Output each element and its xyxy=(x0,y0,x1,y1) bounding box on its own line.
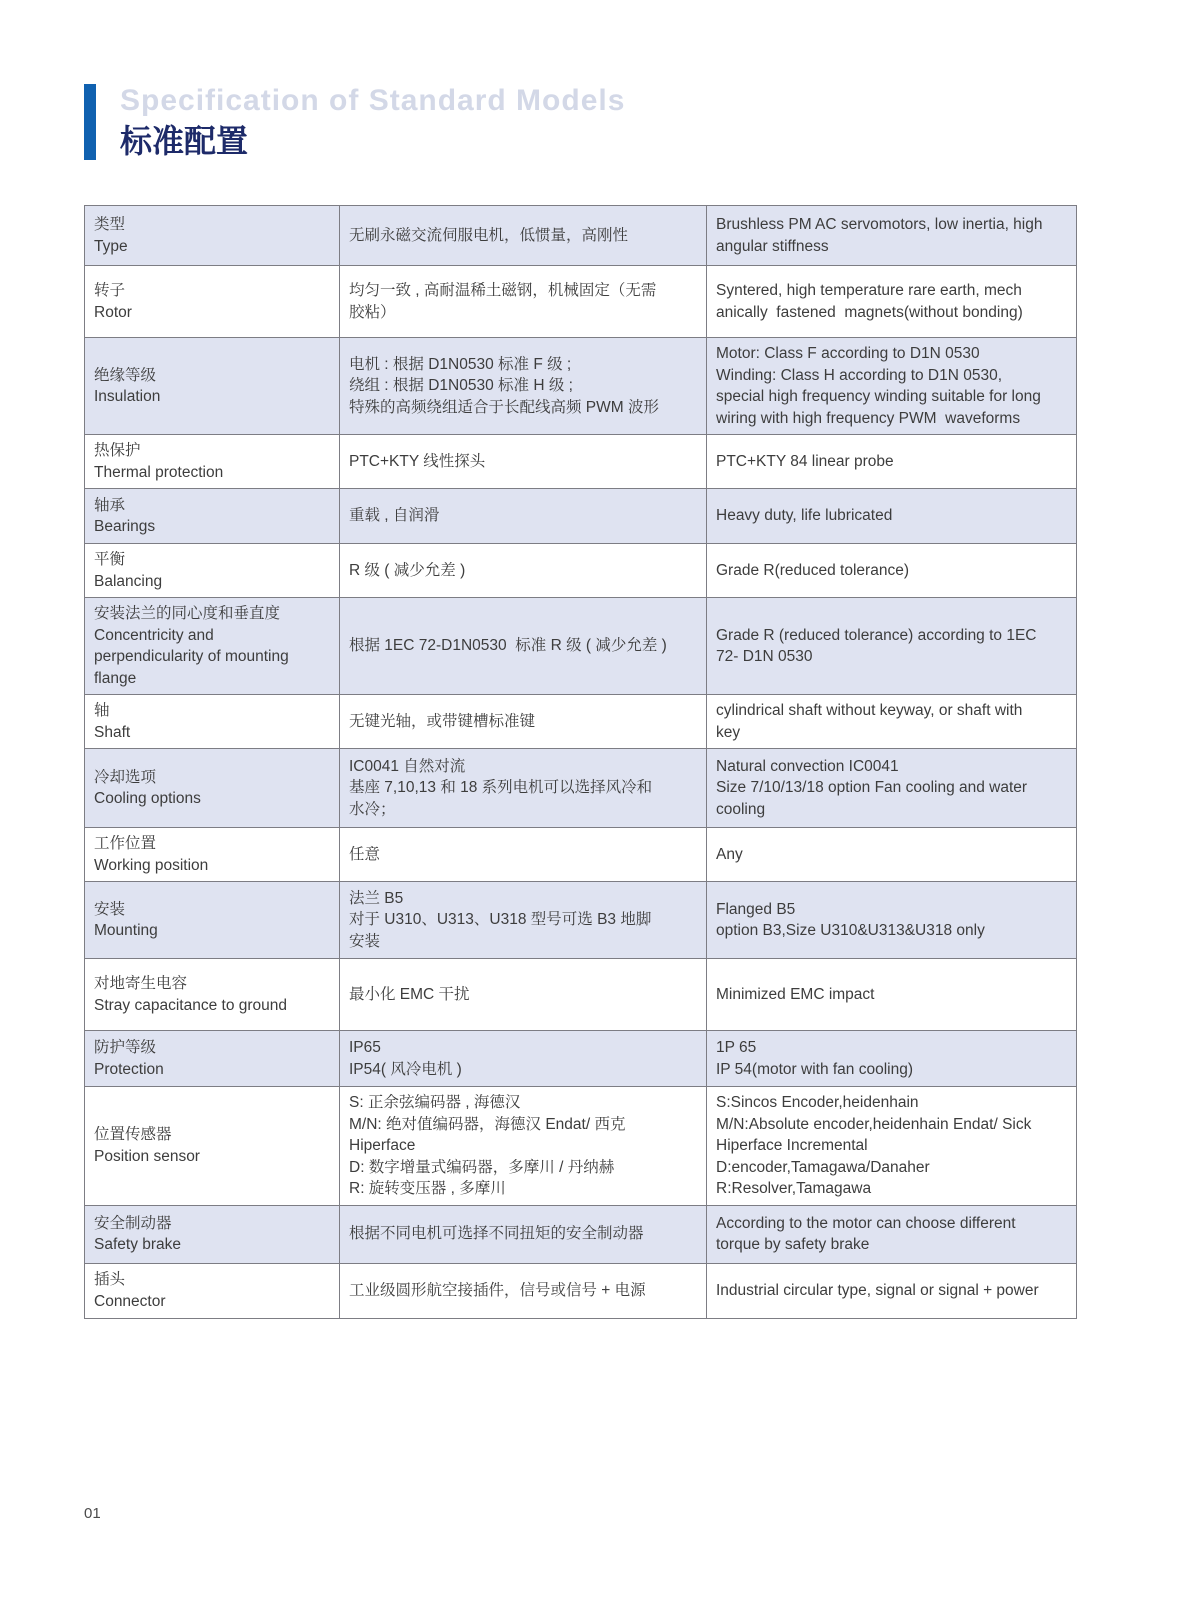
row-value-cn: 工业级圆形航空接插件，信号或信号 + 电源 xyxy=(340,1264,707,1318)
row-label: 绝缘等级 Insulation xyxy=(85,338,340,434)
table-row-rotor: 转子 Rotor 均匀一致 , 高耐温稀土磁钢，机械固定（无需 胶粘） Synt… xyxy=(85,265,1076,337)
row-value-en: Natural convection IC0041 Size 7/10/13/1… xyxy=(707,749,1076,827)
row-value-cn: 根据不同电机可选择不同扭矩的安全制动器 xyxy=(340,1206,707,1263)
row-value-en: 1P 65 IP 54(motor with fan cooling) xyxy=(707,1031,1076,1086)
table-row-concentricity: 安装法兰的同心度和垂直度 Concentricity and perpendic… xyxy=(85,597,1076,694)
table-row-bearings: 轴承 Bearings 重载 , 自润滑 Heavy duty, life lu… xyxy=(85,488,1076,543)
table-row-mounting: 安装 Mounting 法兰 B5 对于 U310、U313、U318 型号可选… xyxy=(85,881,1076,958)
row-label: 防护等级 Protection xyxy=(85,1031,340,1086)
row-value-en: PTC+KTY 84 linear probe xyxy=(707,435,1076,488)
row-value-cn: 电机 : 根据 D1N0530 标准 F 级 ; 绕组 : 根据 D1N0530… xyxy=(340,338,707,434)
table-row-balancing: 平衡 Balancing R 级 ( 减少允差 ) Grade R(reduce… xyxy=(85,543,1076,597)
table-row-position-sensor: 位置传感器 Position sensor S: 正余弦编码器 , 海德汉 M/… xyxy=(85,1086,1076,1205)
row-label: 轴承 Bearings xyxy=(85,489,340,543)
row-value-cn: 重载 , 自润滑 xyxy=(340,489,707,543)
table-row-type: 类型 Type 无刷永磁交流伺服电机，低惯量，高刚性 Brushless PM … xyxy=(85,206,1076,265)
row-label: 类型 Type xyxy=(85,206,340,265)
row-value-cn: 任意 xyxy=(340,828,707,881)
row-label: 转子 Rotor xyxy=(85,266,340,337)
spec-table: 类型 Type 无刷永磁交流伺服电机，低惯量，高刚性 Brushless PM … xyxy=(84,205,1077,1319)
datasheet-page: Specification of Standard Models 标准配置 类型… xyxy=(0,0,1179,1600)
row-value-cn: 无刷永磁交流伺服电机，低惯量，高刚性 xyxy=(340,206,707,265)
row-label: 对地寄生电容 Stray capacitance to ground xyxy=(85,959,340,1030)
row-value-cn: 无键光轴，或带键槽标准键 xyxy=(340,695,707,748)
row-value-cn: 根据 1EC 72-D1N0530 标准 R 级 ( 减少允差 ) xyxy=(340,598,707,694)
row-value-en: Any xyxy=(707,828,1076,881)
row-label: 冷却选项 Cooling options xyxy=(85,749,340,827)
row-value-cn: PTC+KTY 线性探头 xyxy=(340,435,707,488)
page-header: Specification of Standard Models 标准配置 xyxy=(84,84,625,160)
table-row-safety-brake: 安全制动器 Safety brake 根据不同电机可选择不同扭矩的安全制动器 A… xyxy=(85,1205,1076,1263)
row-value-en: Heavy duty, life lubricated xyxy=(707,489,1076,543)
row-value-cn: S: 正余弦编码器 , 海德汉 M/N: 绝对值编码器，海德汉 Endat/ 西… xyxy=(340,1087,707,1205)
row-label: 插头 Connector xyxy=(85,1264,340,1318)
row-value-en: cylindrical shaft without keyway, or sha… xyxy=(707,695,1076,748)
table-row-thermal-protection: 热保护 Thermal protection PTC+KTY 线性探头 PTC+… xyxy=(85,434,1076,488)
row-value-cn: 最小化 EMC 干扰 xyxy=(340,959,707,1030)
header-titles: Specification of Standard Models 标准配置 xyxy=(120,84,625,160)
row-value-en: Brushless PM AC servomotors, low inertia… xyxy=(707,206,1076,265)
row-value-cn: 均匀一致 , 高耐温稀土磁钢，机械固定（无需 胶粘） xyxy=(340,266,707,337)
row-value-cn: IC0041 自然对流 基座 7,10,13 和 18 系列电机可以选择风冷和 … xyxy=(340,749,707,827)
row-value-en: Grade R(reduced tolerance) xyxy=(707,544,1076,597)
row-value-cn: IP65 IP54( 风冷电机 ) xyxy=(340,1031,707,1086)
header-accent-bar xyxy=(84,84,96,160)
row-value-en: Flanged B5 option B3,Size U310&U313&U318… xyxy=(707,882,1076,958)
table-row-stray-capacitance: 对地寄生电容 Stray capacitance to ground 最小化 E… xyxy=(85,958,1076,1030)
page-number: 01 xyxy=(84,1505,101,1522)
row-label: 位置传感器 Position sensor xyxy=(85,1087,340,1205)
table-row-cooling-options: 冷却选项 Cooling options IC0041 自然对流 基座 7,10… xyxy=(85,748,1076,827)
row-value-en: Minimized EMC impact xyxy=(707,959,1076,1030)
row-label: 工作位置 Working position xyxy=(85,828,340,881)
row-value-cn: R 级 ( 减少允差 ) xyxy=(340,544,707,597)
table-row-insulation: 绝缘等级 Insulation 电机 : 根据 D1N0530 标准 F 级 ;… xyxy=(85,337,1076,434)
row-value-en: Syntered, high temperature rare earth, m… xyxy=(707,266,1076,337)
row-value-en: According to the motor can choose differ… xyxy=(707,1206,1076,1263)
page-title-english: Specification of Standard Models xyxy=(120,84,625,118)
row-label: 轴 Shaft xyxy=(85,695,340,748)
row-label: 平衡 Balancing xyxy=(85,544,340,597)
row-value-cn: 法兰 B5 对于 U310、U313、U318 型号可选 B3 地脚 安装 xyxy=(340,882,707,958)
row-value-en: Grade R (reduced tolerance) according to… xyxy=(707,598,1076,694)
row-value-en: S:Sincos Encoder,heidenhain M/N:Absolute… xyxy=(707,1087,1076,1205)
page-title-chinese: 标准配置 xyxy=(120,122,625,160)
row-value-en: Motor: Class F according to D1N 0530 Win… xyxy=(707,338,1076,434)
table-row-working-position: 工作位置 Working position 任意 Any xyxy=(85,827,1076,881)
row-label: 安装法兰的同心度和垂直度 Concentricity and perpendic… xyxy=(85,598,340,694)
row-label: 安装 Mounting xyxy=(85,882,340,958)
table-row-shaft: 轴 Shaft 无键光轴，或带键槽标准键 cylindrical shaft w… xyxy=(85,694,1076,748)
table-row-connector: 插头 Connector 工业级圆形航空接插件，信号或信号 + 电源 Indus… xyxy=(85,1263,1076,1318)
row-label: 热保护 Thermal protection xyxy=(85,435,340,488)
row-label: 安全制动器 Safety brake xyxy=(85,1206,340,1263)
row-value-en: Industrial circular type, signal or sign… xyxy=(707,1264,1076,1318)
table-row-protection: 防护等级 Protection IP65 IP54( 风冷电机 ) 1P 65 … xyxy=(85,1030,1076,1086)
page-footer: 01 xyxy=(84,1505,101,1522)
